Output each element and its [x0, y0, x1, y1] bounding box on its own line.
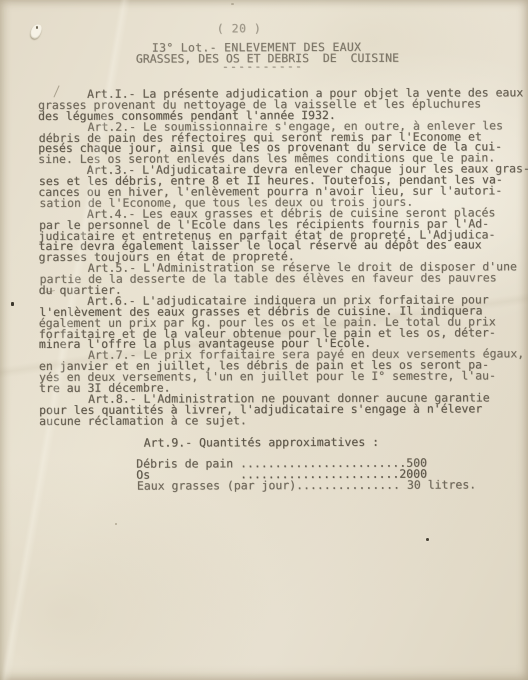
- text-line: Eaux grasses (par jour)............... 3…: [40, 479, 528, 492]
- scanned-document-page: ( 20 ) I3° Lot.- ENLEVEMENT DES EAUX GRA…: [0, 0, 528, 680]
- page-number: ( 20 ): [217, 21, 262, 35]
- title-underline: ----------: [222, 59, 303, 73]
- document-body: Art.I.- La présente adjudication a pour …: [38, 87, 528, 492]
- document-content: ( 20 ) I3° Lot.- ENLEVEMENT DES EAUX GRA…: [0, 0, 528, 680]
